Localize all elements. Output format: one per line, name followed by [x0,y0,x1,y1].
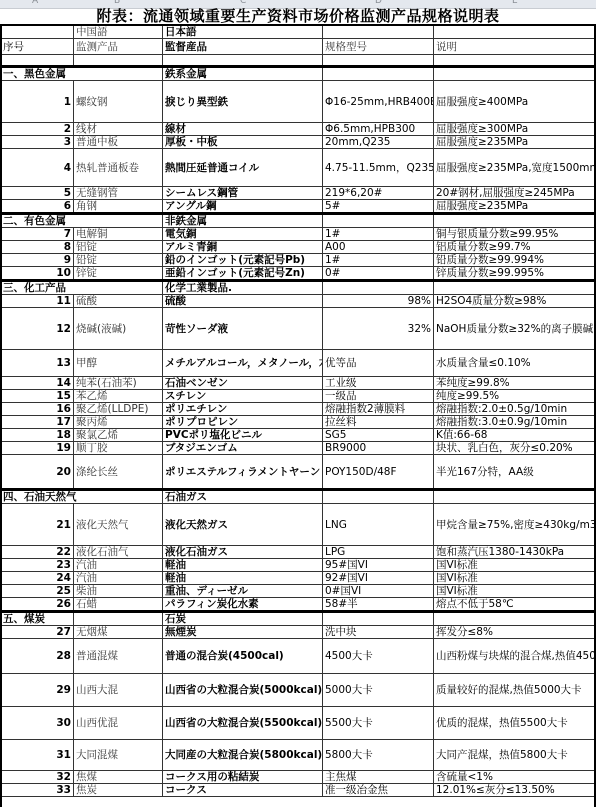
row-spec: 5800大卡 [323,740,434,771]
section-cn: 四、石油天然气 [1,490,163,504]
row-cn: 锌锭 [74,267,163,281]
section-row-coal: 五、煤炭 石炭 [1,612,596,626]
table-row: 1 螺纹钢 捩じり異型鉄 Φ16-25mm,HRB400E 屈服强度≥400MP… [1,81,596,123]
row-no: 32 [1,771,74,784]
row-no: 28 [1,639,74,674]
row-desc: 半光167分特，AA级 [434,455,596,490]
row-spec: LPG [323,546,434,559]
table-row: 25 柴油 重油、ディーゼル 0#国VI 国VI标准 [1,585,596,598]
table-row: 20 涤纶长丝 ポリエステルフィラメントヤーン POY150D/48F 半光16… [1,455,596,490]
row-spec: 20mm,Q235 [323,136,434,149]
section-cn: 二、有色金属 [1,214,163,228]
row-cn: 液化石油气 [74,546,163,559]
row-cn: 普通中板 [74,136,163,149]
table-row: 28 普通混煤 普通の混合炭(4500cal) 4500大卡 山西粉煤与块煤的混… [1,639,596,674]
row-cn: 聚乙烯(LLDPE) [74,403,163,416]
row-cn: 山西优混 [74,707,163,740]
row-desc: 铅质量分数≥99.994% [434,254,596,267]
column-header-e[interactable]: E [512,0,518,6]
header-row-empty [1,55,596,67]
row-ja: アングル鋼 [163,200,323,214]
row-ja: 重油、ディーゼル [163,585,323,598]
table-row: 26 石蜡 パラフィン炭化水素 58#半 熔点不低于58℃ [1,598,596,612]
row-no: 22 [1,546,74,559]
row-no: 10 [1,267,74,281]
row-ja: 液化石油ガス [163,546,323,559]
row-ja: 亜鉛インゴット(元素記号Zn) [163,267,323,281]
row-cn: 液化天然气 [74,504,163,546]
row-cn: 大同混煤 [74,740,163,771]
row-ja: 苛性ソーダ液 [163,308,323,350]
table-row: 19 顺丁胶 ブタジエンゴム BR9000 块状、乳白色，灰分≤0.20% [1,442,596,455]
row-spec: 1# [323,228,434,241]
row-desc: 含硫量<1% [434,771,596,784]
table-row: 12 烧碱(液碱) 苛性ソーダ液 32% NaOH质量分数≥32%的离子膜碱 [1,308,596,350]
table-row: 18 聚氯乙烯 PVCポリ塩化ビニル SG5 K值:66-68 [1,429,596,442]
row-spec: 洗中块 [323,626,434,639]
row-no: 21 [1,504,74,546]
section-ja: 化学工業製品. [163,281,323,295]
table-row: 3 普通中板 厚板・中板 20mm,Q235 屈服强度≥235MPa [1,136,596,149]
table-row: 6 角钢 アングル鋼 5# 屈服强度≥235MPa [1,200,596,214]
row-cn: 烧碱(液碱) [74,308,163,350]
row-cn: 铅锭 [74,254,163,267]
row-spec: 32% [323,308,434,350]
row-spec: 熔融指数2薄膜料 [323,403,434,416]
row-no: 5 [1,187,74,200]
row-no: 6 [1,200,74,214]
header-cell [434,25,596,39]
row-desc: 锌质量分数≥99.995% [434,267,596,281]
row-desc: 铝质量分数≥99.7% [434,241,596,254]
row-no: 8 [1,241,74,254]
row-desc: 挥发分≤8% [434,626,596,639]
row-ja: 硫酸 [163,295,323,308]
table-row: 33 焦炭 コークス 准一级冶金焦 12.01%≤灰分≤13.50% [1,784,596,797]
header-cell [1,25,74,39]
row-no: 29 [1,674,74,707]
row-desc: H2SO4质量分数≥98% [434,295,596,308]
row-desc: 国VI标准 [434,585,596,598]
row-spec: Φ16-25mm,HRB400E [323,81,434,123]
section-cn: 一、黑色金属 [1,67,163,81]
header-row-columns: 序号 监测产品 監督産品 规格型号 说明 [1,39,596,55]
header-cn-product: 监测产品 [74,39,163,55]
row-cn: 纯苯(石油苯) [74,377,163,390]
row-ja: コークス用の粘結炭 [163,771,323,784]
row-cn: 聚氯乙烯 [74,429,163,442]
row-no: 2 [1,123,74,136]
table-row: 8 铝锭 アルミ青銅 A00 铝质量分数≥99.7% [1,241,596,254]
row-ja: パラフィン炭化水素 [163,598,323,612]
row-spec: 95#国VI [323,559,434,572]
row-no: 26 [1,598,74,612]
row-desc: 屈服强度≥400MPa [434,81,596,123]
row-cn: 汽油 [74,559,163,572]
column-header-b[interactable]: B [114,0,120,6]
row-no: 7 [1,228,74,241]
table-row: 9 铅锭 鉛のインゴット(元素記号Pb) 1# 铅质量分数≥99.994% [1,254,596,267]
row-desc: 纯度≥99.5% [434,390,596,403]
row-ja: 液化天然ガス [163,504,323,546]
row-cn: 螺纹钢 [74,81,163,123]
row-no: 27 [1,626,74,639]
row-cn: 山西大混 [74,674,163,707]
table-row: 5 无缝钢管 シームレス鋼管 219*6,20# 20#钢材,屈服强度≥245M… [1,187,596,200]
row-ja: コークス [163,784,323,797]
table-row: 11 硫酸 硫酸 98% H2SO4质量分数≥98% [1,295,596,308]
row-desc: 屈服强度≥300MPa [434,123,596,136]
row-desc: 铜与银质量分数≥99.95% [434,228,596,241]
row-spec: 98% [323,295,434,308]
row-spec: 5000大卡 [323,674,434,707]
row-no: 13 [1,350,74,377]
table-row: 23 汽油 軽油 95#国VI 国VI标准 [1,559,596,572]
row-ja: 線材 [163,123,323,136]
row-no: 23 [1,559,74,572]
row-desc: 饱和蒸汽压1380-1430kPa [434,546,596,559]
row-ja: 電気銅 [163,228,323,241]
header-spec: 规格型号 [323,39,434,55]
row-cn: 汽油 [74,572,163,585]
row-no: 17 [1,416,74,429]
row-ja: メチルアルコール，メタノール，木精 [163,350,323,377]
row-cn: 角钢 [74,200,163,214]
row-ja: 鉛のインゴット(元素記号Pb) [163,254,323,267]
row-no: 1 [1,81,74,123]
row-ja: ポリプロピレン [163,416,323,429]
row-ja: 山西省の大粒混合炭(5500kcal) [163,707,323,740]
row-no: 30 [1,707,74,740]
row-desc: 苯纯度≥99.8% [434,377,596,390]
table-row: 10 锌锭 亜鉛インゴット(元素記号Zn) 0# 锌质量分数≥99.995% [1,267,596,281]
row-no: 14 [1,377,74,390]
row-spec: POY150D/48F [323,455,434,490]
section-ja: 石炭 [163,612,323,626]
row-spec: Φ6.5mm,HPB300 [323,123,434,136]
row-desc: 块状、乳白色，灰分≤0.20% [434,442,596,455]
row-cn: 涤纶长丝 [74,455,163,490]
row-ja: シームレス鋼管 [163,187,323,200]
row-desc: 屈服强度≥235MPa [434,136,596,149]
row-ja: 熱間圧延普通コイル [163,149,323,187]
column-header-c[interactable]: C [240,0,246,6]
row-ja: ポリエステルフィラメントヤーン [163,455,323,490]
spec-table: 中国語 日本語 序号 监测产品 監督産品 规格型号 说明 一、黑色金属 鉄系金属… [0,24,596,797]
table-row: 29 山西大混 山西省の大粒混合炭(5000kcal) 5000大卡 质量较好的… [1,674,596,707]
section-cn: 三、化工产品 [1,281,163,295]
column-header-d[interactable]: D [375,0,382,6]
row-cn: 无缝钢管 [74,187,163,200]
row-spec: 拉丝料 [323,416,434,429]
table-row: 32 焦煤 コークス用の粘結炭 主焦煤 含硫量<1% [1,771,596,784]
row-cn: 铝锭 [74,241,163,254]
row-spec: 1# [323,254,434,267]
table-row: 4 热轧普通板卷 熱間圧延普通コイル 4.75-11.5mm，Q235 屈服强度… [1,149,596,187]
row-no: 11 [1,295,74,308]
table-row: 16 聚乙烯(LLDPE) ポリエチレン 熔融指数2薄膜料 熔融指数:2.0±0… [1,403,596,416]
row-cn: 普通混煤 [74,639,163,674]
section-cn: 五、煤炭 [1,612,74,626]
section-row-ferrous: 一、黑色金属 鉄系金属 [1,67,596,81]
row-cn: 焦炭 [74,784,163,797]
row-no: 33 [1,784,74,797]
row-spec: 准一级冶金焦 [323,784,434,797]
table-row: 2 线材 線材 Φ6.5mm,HPB300 屈服强度≥300MPa [1,123,596,136]
header-lang-cn: 中国語 [74,25,163,39]
row-desc: 熔融指数:3.0±0.9g/10min [434,416,596,429]
row-spec: 优等品 [323,350,434,377]
row-spec: SG5 [323,429,434,442]
section-row-nonferrous: 二、有色金属 非鉄金属 [1,214,596,228]
row-desc: 水质量含量≤0.10% [434,350,596,377]
row-ja: 捩じり異型鉄 [163,81,323,123]
row-cn: 热轧普通板卷 [74,149,163,187]
row-spec: A00 [323,241,434,254]
row-spec: 工业级 [323,377,434,390]
row-no: 3 [1,136,74,149]
row-cn: 柴油 [74,585,163,598]
row-desc: 20#钢材,屈服强度≥245MPa [434,187,596,200]
row-cn: 无烟煤 [74,626,163,639]
table-row: 24 汽油 軽油 92#国VI 国VI标准 [1,572,596,585]
row-ja: アルミ青銅 [163,241,323,254]
table-row: 30 山西优混 山西省の大粒混合炭(5500kcal) 5500大卡 优质的混煤… [1,707,596,740]
row-desc: 优质的混煤，热值5500大卡 [434,707,596,740]
row-desc: 屈服强度≥235MPa,宽度1500mm [434,149,596,187]
row-spec: 一级品 [323,390,434,403]
row-ja: スチレン [163,390,323,403]
table-row: 13 甲醇 メチルアルコール，メタノール，木精 优等品 水质量含量≤0.10% [1,350,596,377]
row-desc: K值:66-68 [434,429,596,442]
section-ja: 鉄系金属 [163,67,323,81]
row-spec: 5# [323,200,434,214]
row-spec: LNG [323,504,434,546]
header-row-lang: 中国語 日本語 [1,25,596,39]
row-ja: 山西省の大粒混合炭(5000kcal) [163,674,323,707]
row-ja: PVCポリ塩化ビニル [163,429,323,442]
row-no: 25 [1,585,74,598]
row-desc: 质量较好的混煤,热值5000大卡 [434,674,596,707]
row-spec: 92#国VI [323,572,434,585]
row-spec: BR9000 [323,442,434,455]
row-desc: 国VI标准 [434,559,596,572]
row-spec: 219*6,20# [323,187,434,200]
row-cn: 聚丙烯 [74,416,163,429]
row-cn: 苯乙烯 [74,390,163,403]
row-ja: 普通の混合炭(4500cal) [163,639,323,674]
row-spec: 58#半 [323,598,434,612]
row-cn: 石蜡 [74,598,163,612]
row-spec: 0#国VI [323,585,434,598]
table-row: 7 电解铜 電気銅 1# 铜与银质量分数≥99.95% [1,228,596,241]
row-desc: 12.01%≤灰分≤13.50% [434,784,596,797]
row-cn: 甲醇 [74,350,163,377]
table-row: 14 纯苯(石油苯) 石油ベンゼン 工业级 苯纯度≥99.8% [1,377,596,390]
row-spec: 主焦煤 [323,771,434,784]
row-no: 18 [1,429,74,442]
row-no: 20 [1,455,74,490]
row-desc: 屈服强度≥235MPa [434,200,596,214]
row-no: 9 [1,254,74,267]
header-desc: 说明 [434,39,596,55]
row-ja: 厚板・中板 [163,136,323,149]
table-row: 15 苯乙烯 スチレン 一级品 纯度≥99.5% [1,390,596,403]
row-desc: 山西粉煤与块煤的混合煤,热值4500大卡 [434,639,596,674]
row-desc: 国VI标准 [434,572,596,585]
row-ja: 軽油 [163,572,323,585]
row-spec: 4.75-11.5mm，Q235 [323,149,434,187]
row-cn: 顺丁胶 [74,442,163,455]
row-ja: 無煙炭 [163,626,323,639]
row-cn: 线材 [74,123,163,136]
table-row: 22 液化石油气 液化石油ガス LPG 饱和蒸汽压1380-1430kPa [1,546,596,559]
document-title: 附表：流通领域重要生产资料市场价格监测产品规格说明表 [0,7,596,25]
row-no: 24 [1,572,74,585]
table-row: 27 无烟煤 無煙炭 洗中块 挥发分≤8% [1,626,596,639]
row-desc: 甲烷含量≥75%,密度≥430kg/m3 [434,504,596,546]
row-no: 15 [1,390,74,403]
row-no: 19 [1,442,74,455]
row-cn: 硫酸 [74,295,163,308]
section-row-petroleum: 四、石油天然气 石油ガス [1,490,596,504]
column-header-a[interactable]: A [32,0,38,6]
section-ja: 非鉄金属 [163,214,323,228]
header-no: 序号 [1,39,74,55]
row-desc: 熔点不低于58℃ [434,598,596,612]
row-no: 12 [1,308,74,350]
table-row: 21 液化天然气 液化天然ガス LNG 甲烷含量≥75%,密度≥430kg/m3 [1,504,596,546]
row-spec: 0# [323,267,434,281]
row-desc: NaOH质量分数≥32%的离子膜碱 [434,308,596,350]
row-desc: 熔融指数:2.0±0.5g/10min [434,403,596,416]
table-row: 17 聚丙烯 ポリプロピレン 拉丝料 熔融指数:3.0±0.9g/10min [1,416,596,429]
row-no: 31 [1,740,74,771]
row-spec: 4500大卡 [323,639,434,674]
row-ja: ポリエチレン [163,403,323,416]
header-cell [323,25,434,39]
section-row-chemicals: 三、化工产品 化学工業製品. [1,281,596,295]
row-no: 16 [1,403,74,416]
table-row: 31 大同混煤 大同産の大粒混合炭(5800kcal)) 5800大卡 大同产混… [1,740,596,771]
row-ja: ブタジエンゴム [163,442,323,455]
row-ja: 石油ベンゼン [163,377,323,390]
row-spec: 5500大卡 [323,707,434,740]
row-cn: 焦煤 [74,771,163,784]
header-lang-ja: 日本語 [163,25,323,39]
row-ja: 大同産の大粒混合炭(5800kcal)) [163,740,323,771]
row-no: 4 [1,149,74,187]
header-ja-product: 監督産品 [163,39,323,55]
row-cn: 电解铜 [74,228,163,241]
row-desc: 大同产混煤，热值5800大卡 [434,740,596,771]
row-ja: 軽油 [163,559,323,572]
section-ja: 石油ガス [163,490,323,504]
